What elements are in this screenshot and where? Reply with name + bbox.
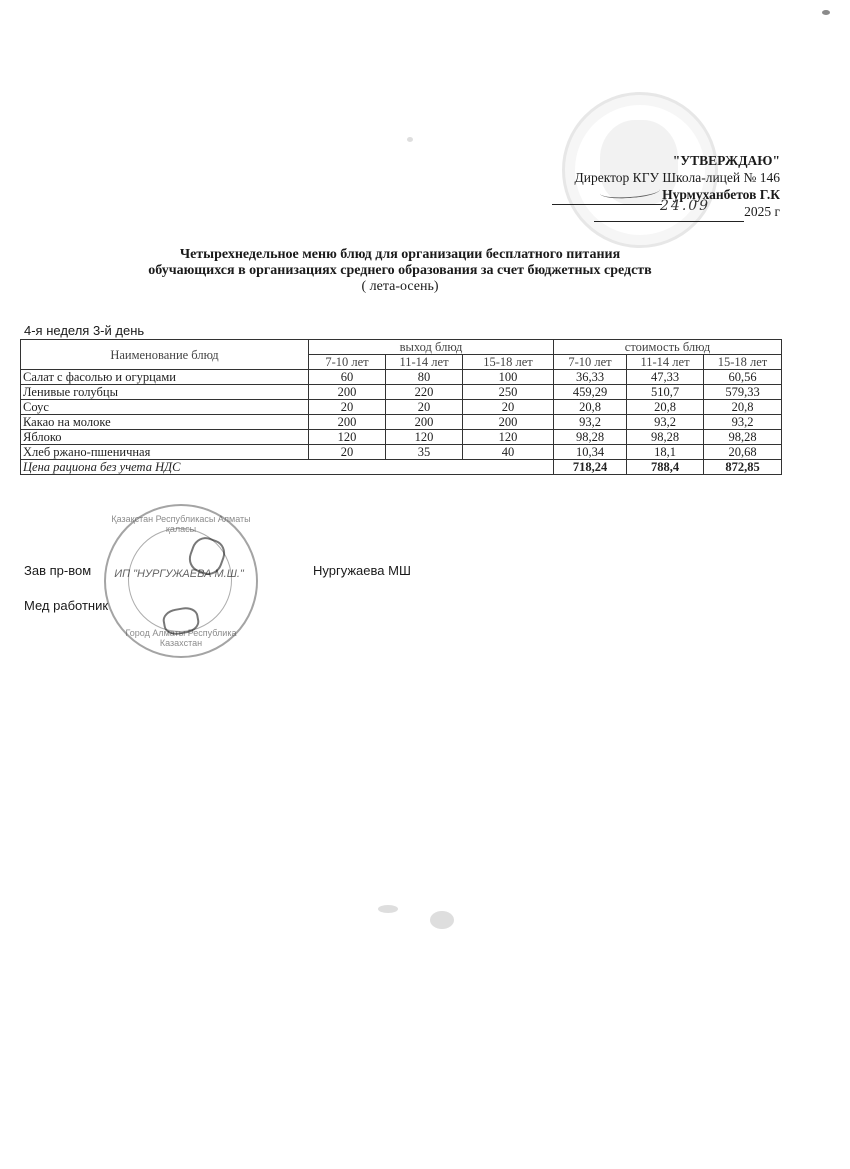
total-cost-age-3: 872,85	[704, 460, 782, 475]
stamp-ring-top-text: Қазақстан Республикасы Алматы қаласы	[106, 514, 256, 534]
yield-age-3: 120	[463, 430, 554, 445]
yield-age-3: 40	[463, 445, 554, 460]
header-cost-group: стоимость блюд	[554, 340, 782, 355]
yield-age-1: 120	[309, 430, 386, 445]
table-row: Салат с фасолью и огурцами608010036,3347…	[21, 370, 782, 385]
header-yield-age-2: 11-14 лет	[386, 355, 463, 370]
yield-age-1: 20	[309, 400, 386, 415]
table-row: Яблоко12012012098,2898,2898,28	[21, 430, 782, 445]
dish-name: Ленивые голубцы	[21, 385, 309, 400]
cost-age-3: 93,2	[704, 415, 782, 430]
menu-table: Наименование блюд выход блюд стоимость б…	[20, 339, 782, 475]
cost-age-3: 98,28	[704, 430, 782, 445]
approval-handwritten-date: 24.09	[660, 198, 710, 214]
cost-age-2: 510,7	[627, 385, 704, 400]
cost-age-3: 20,68	[704, 445, 782, 460]
yield-age-3: 200	[463, 415, 554, 430]
cost-age-1: 10,34	[554, 445, 627, 460]
yield-age-2: 120	[386, 430, 463, 445]
title-line1-text: Четырехнедельное меню блюд для организац…	[180, 247, 620, 262]
dish-name: Салат с фасолью и огурцами	[21, 370, 309, 385]
yield-age-2: 20	[386, 400, 463, 415]
yield-age-1: 20	[309, 445, 386, 460]
yield-age-1: 200	[309, 385, 386, 400]
yield-age-2: 80	[386, 370, 463, 385]
yield-age-3: 100	[463, 370, 554, 385]
table-row: Хлеб ржано-пшеничная20354010,3418,120,68	[21, 445, 782, 460]
yield-age-1: 200	[309, 415, 386, 430]
yield-age-1: 60	[309, 370, 386, 385]
dish-name: Яблоко	[21, 430, 309, 445]
dish-name: Какао на молоке	[21, 415, 309, 430]
yield-age-2: 200	[386, 415, 463, 430]
total-cost-age-1: 718,24	[554, 460, 627, 475]
yield-age-3: 250	[463, 385, 554, 400]
cost-age-1: 459,29	[554, 385, 627, 400]
scan-mark	[822, 10, 830, 15]
cost-age-1: 93,2	[554, 415, 627, 430]
approval-heading-text: "УТВЕРЖДАЮ"	[673, 153, 780, 168]
table-row: Ленивые голубцы200220250459,29510,7579,3…	[21, 385, 782, 400]
scan-smudge	[430, 911, 454, 929]
title-season-text: ( лета-осень)	[361, 279, 438, 294]
cost-age-2: 47,33	[627, 370, 704, 385]
cost-age-3: 579,33	[704, 385, 782, 400]
cost-age-1: 98,28	[554, 430, 627, 445]
cost-age-1: 20,8	[554, 400, 627, 415]
header-yield-age-1: 7-10 лет	[309, 355, 386, 370]
approval-position: Директор КГУ Школа-лицей № 146	[575, 169, 780, 187]
medical-worker-label: Мед работник	[24, 598, 108, 613]
cost-age-3: 60,56	[704, 370, 782, 385]
week-day-label: 4-я неделя 3-й день	[24, 323, 144, 338]
scan-smudge	[378, 905, 398, 913]
approval-year: 2025 г	[744, 204, 780, 219]
approval-position-text: Директор КГУ Школа-лицей № 146	[575, 170, 780, 185]
head-of-production-label: Зав пр-вом	[24, 563, 91, 578]
header-cost-age-3: 15-18 лет	[704, 355, 782, 370]
yield-age-3: 20	[463, 400, 554, 415]
cost-age-2: 98,28	[627, 430, 704, 445]
company-stamp: Қазақстан Республикасы Алматы қаласы ИП …	[104, 504, 258, 658]
document-title-season: ( лета-осень)	[0, 279, 800, 295]
table-total-row: Цена рациона без учета НДС 718,24 788,4 …	[21, 460, 782, 475]
cost-age-2: 93,2	[627, 415, 704, 430]
document-title-line2: обучающихся в организациях среднего обра…	[0, 263, 800, 279]
yield-age-2: 35	[386, 445, 463, 460]
head-of-production-name: Нургужаева МШ	[313, 563, 411, 578]
total-cost-age-2: 788,4	[627, 460, 704, 475]
table-row: Соус20202020,820,820,8	[21, 400, 782, 415]
header-cost-age-1: 7-10 лет	[554, 355, 627, 370]
dish-name: Соус	[21, 400, 309, 415]
header-cost-age-2: 11-14 лет	[627, 355, 704, 370]
yield-age-2: 220	[386, 385, 463, 400]
cost-age-2: 18,1	[627, 445, 704, 460]
approval-heading: "УТВЕРЖДАЮ"	[673, 152, 780, 170]
scan-dot	[407, 137, 413, 142]
table-row: Какао на молоке20020020093,293,293,2	[21, 415, 782, 430]
cost-age-3: 20,8	[704, 400, 782, 415]
header-yield-group: выход блюд	[309, 340, 554, 355]
title-line2-text: обучающихся в организациях среднего обра…	[148, 263, 652, 278]
header-yield-age-3: 15-18 лет	[463, 355, 554, 370]
cost-age-1: 36,33	[554, 370, 627, 385]
cost-age-2: 20,8	[627, 400, 704, 415]
header-dish-name: Наименование блюд	[21, 340, 309, 370]
dish-name: Хлеб ржано-пшеничная	[21, 445, 309, 460]
stamp-center-text: ИП "НУРГУЖАЕВА М.Ш."	[112, 568, 246, 580]
total-label: Цена рациона без учета НДС	[21, 460, 554, 475]
table-header-row-1: Наименование блюд выход блюд стоимость б…	[21, 340, 782, 355]
document-title-line1: Четырехнедельное меню блюд для организац…	[0, 247, 800, 263]
